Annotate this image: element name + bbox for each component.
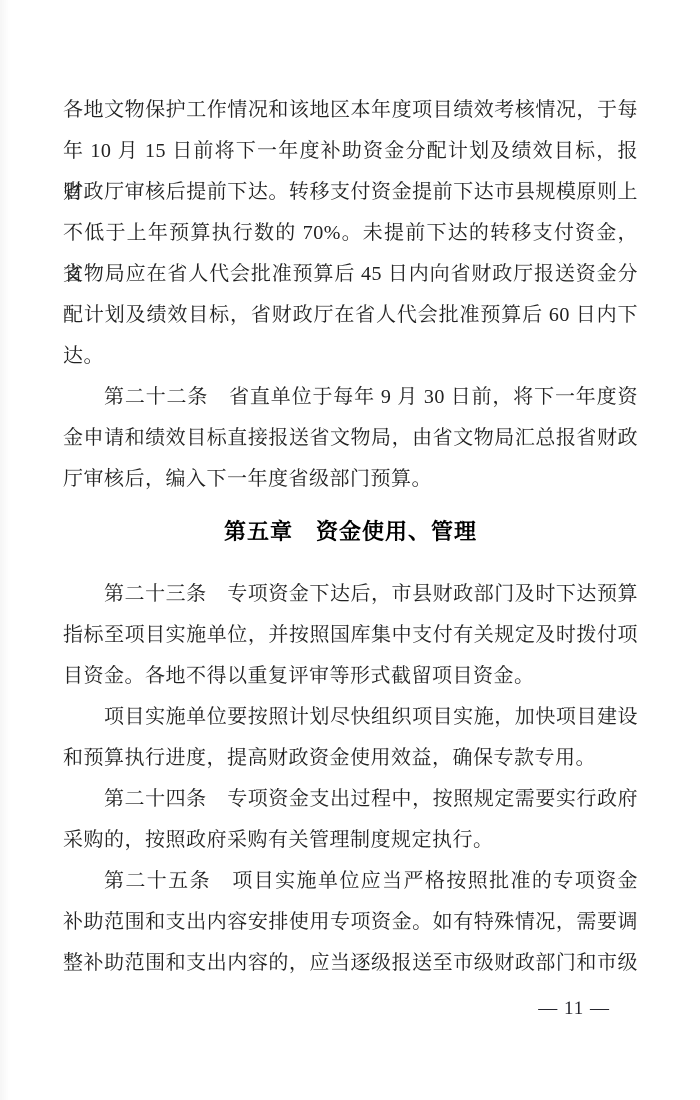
text-line: 厅审核后，编入下一年度省级部门预算。 [63,459,638,500]
text-line: 各地文物保护工作情况和该地区本年度项目绩效考核情况，于每 [63,90,638,131]
text-line: 不低于上年预算执行数的 70%。未提前下达的转移支付资金，省 [63,213,638,254]
text-line: 达。 [63,336,638,377]
text-line: 第二十二条 省直单位于每年 9 月 30 日前，将下一年度资 [63,377,638,418]
text-line: 年 10 月 15 日前将下一年度补助资金分配计划及绩效目标，报省 [63,131,638,172]
text-line: 配计划及绩效目标，省财政厅在省人代会批准预算后 60 日内下 [63,295,638,336]
text-line: 补助范围和支出内容安排使用专项资金。如有特殊情况，需要调 [63,902,638,943]
text-line: 采购的，按照政府采购有关管理制度规定执行。 [63,820,638,861]
text-line: 文物局应在省人代会批准预算后 45 日内向省财政厅报送资金分 [63,254,638,295]
text-line: 目资金。各地不得以重复评审等形式截留项目资金。 [63,656,638,697]
text-line: 和预算执行进度，提高财政资金使用效益，确保专款专用。 [63,738,638,779]
text-line: 整补助范围和支出内容的，应当逐级报送至市级财政部门和市级 [63,943,638,984]
text-line: 第二十三条 专项资金下达后，市县财政部门及时下达预算 [63,574,638,615]
text-line: 指标至项目实施单位，并按照国库集中支付有关规定及时拨付项 [63,615,638,656]
text-line: 财政厅审核后提前下达。转移支付资金提前下达市县规模原则上 [63,172,638,213]
text-line: 第二十四条 专项资金支出过程中，按照规定需要实行政府 [63,779,638,820]
text-line: 金申请和绩效目标直接报送省文物局，由省文物局汇总报省财政 [63,418,638,459]
chapter-heading: 第五章 资金使用、管理 [63,516,638,548]
text-line: 项目实施单位要按照计划尽快组织项目实施，加快项目建设 [63,697,638,738]
text-line: 第二十五条 项目实施单位应当严格按照批准的专项资金 [63,861,638,902]
document-page: 各地文物保护工作情况和该地区本年度项目绩效考核情况，于每年 10 月 15 日前… [0,0,700,1100]
page-number: — 11 — [538,998,610,1020]
document-body: 各地文物保护工作情况和该地区本年度项目绩效考核情况，于每年 10 月 15 日前… [63,90,638,984]
